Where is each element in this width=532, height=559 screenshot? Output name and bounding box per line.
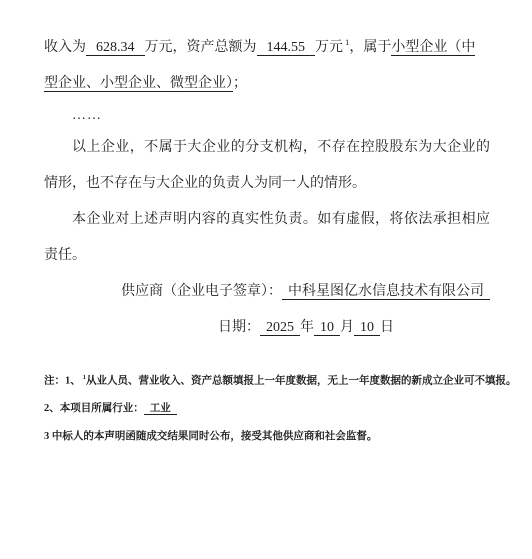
date-label: 日期： bbox=[218, 320, 260, 335]
belongs-to-label: ，属于 bbox=[349, 40, 391, 55]
paragraph-responsibility: 本企业对上述声明内容的真实性负责。如有虚假，将依法承担相应责任。 bbox=[44, 202, 490, 274]
signature-line: 供应商（企业电子签章）：中科星图亿水信息技术有限公司 bbox=[44, 274, 490, 310]
assets-value: 144.55 bbox=[257, 40, 316, 56]
unit-label: 万元 bbox=[315, 40, 343, 55]
day-suffix: 日 bbox=[380, 320, 394, 335]
ellipsis-line: …… bbox=[44, 102, 490, 130]
footnote-1-text: 从业人员、营业收入、资产总额填报上一年度数据，无上一年度数据的新成立企业可不填报… bbox=[86, 375, 517, 386]
footnote-2: 2、本项目所属行业：工业 bbox=[44, 395, 490, 423]
date-day-value: 10 bbox=[354, 320, 380, 336]
enterprise-type-part1: 小型企业（中 bbox=[391, 40, 475, 56]
paragraph-not-large-enterprise: 以上企业，不属于大企业的分支机构，不存在控股股东为大企业的情形，也不存在与大企业… bbox=[44, 130, 490, 202]
footnote-2-label: 2、本项目所属行业： bbox=[44, 403, 144, 414]
date-line: 日期：2025年10月10日 bbox=[44, 310, 490, 346]
date-month-value: 10 bbox=[314, 320, 340, 336]
document-page: 收入为628.34万元，资产总额为144.55万元1，属于小型企业（中 型企业、… bbox=[0, 0, 532, 559]
revenue-prefix: 收入为 bbox=[44, 40, 86, 55]
month-suffix: 月 bbox=[340, 320, 354, 335]
company-name: 中科星图亿水信息技术有限公司 bbox=[282, 284, 490, 300]
enterprise-type-part2: 型企业、小型企业、微型企业） bbox=[44, 76, 233, 92]
assets-prefix: 万元，资产总额为 bbox=[145, 40, 257, 55]
year-suffix: 年 bbox=[300, 320, 314, 335]
date-year-value: 2025 bbox=[260, 320, 300, 336]
semicolon: ； bbox=[233, 76, 247, 91]
supplier-seal-label: 供应商（企业电子签章）： bbox=[121, 284, 282, 299]
revenue-value: 628.34 bbox=[86, 40, 145, 56]
industry-value: 工业 bbox=[144, 403, 177, 415]
footnotes-section: 注：1、1从业人员、营业收入、资产总额填报上一年度数据，无上一年度数据的新成立企… bbox=[44, 364, 490, 452]
financials-line-1: 收入为628.34万元，资产总额为144.55万元1，属于小型企业（中 bbox=[44, 40, 475, 55]
footnote-3: 3 中标人的本声明函随成交结果同时公布，接受其他供应商和社会监督。 bbox=[44, 423, 490, 451]
paragraph-financials: 收入为628.34万元，资产总额为144.55万元1，属于小型企业（中 型企业、… bbox=[44, 24, 490, 102]
footnote-1-prefix: 注：1、 bbox=[44, 375, 81, 386]
footnote-1: 注：1、1从业人员、营业收入、资产总额填报上一年度数据，无上一年度数据的新成立企… bbox=[44, 364, 490, 396]
financials-line-2: 型企业、小型企业、微型企业）； bbox=[44, 76, 247, 92]
